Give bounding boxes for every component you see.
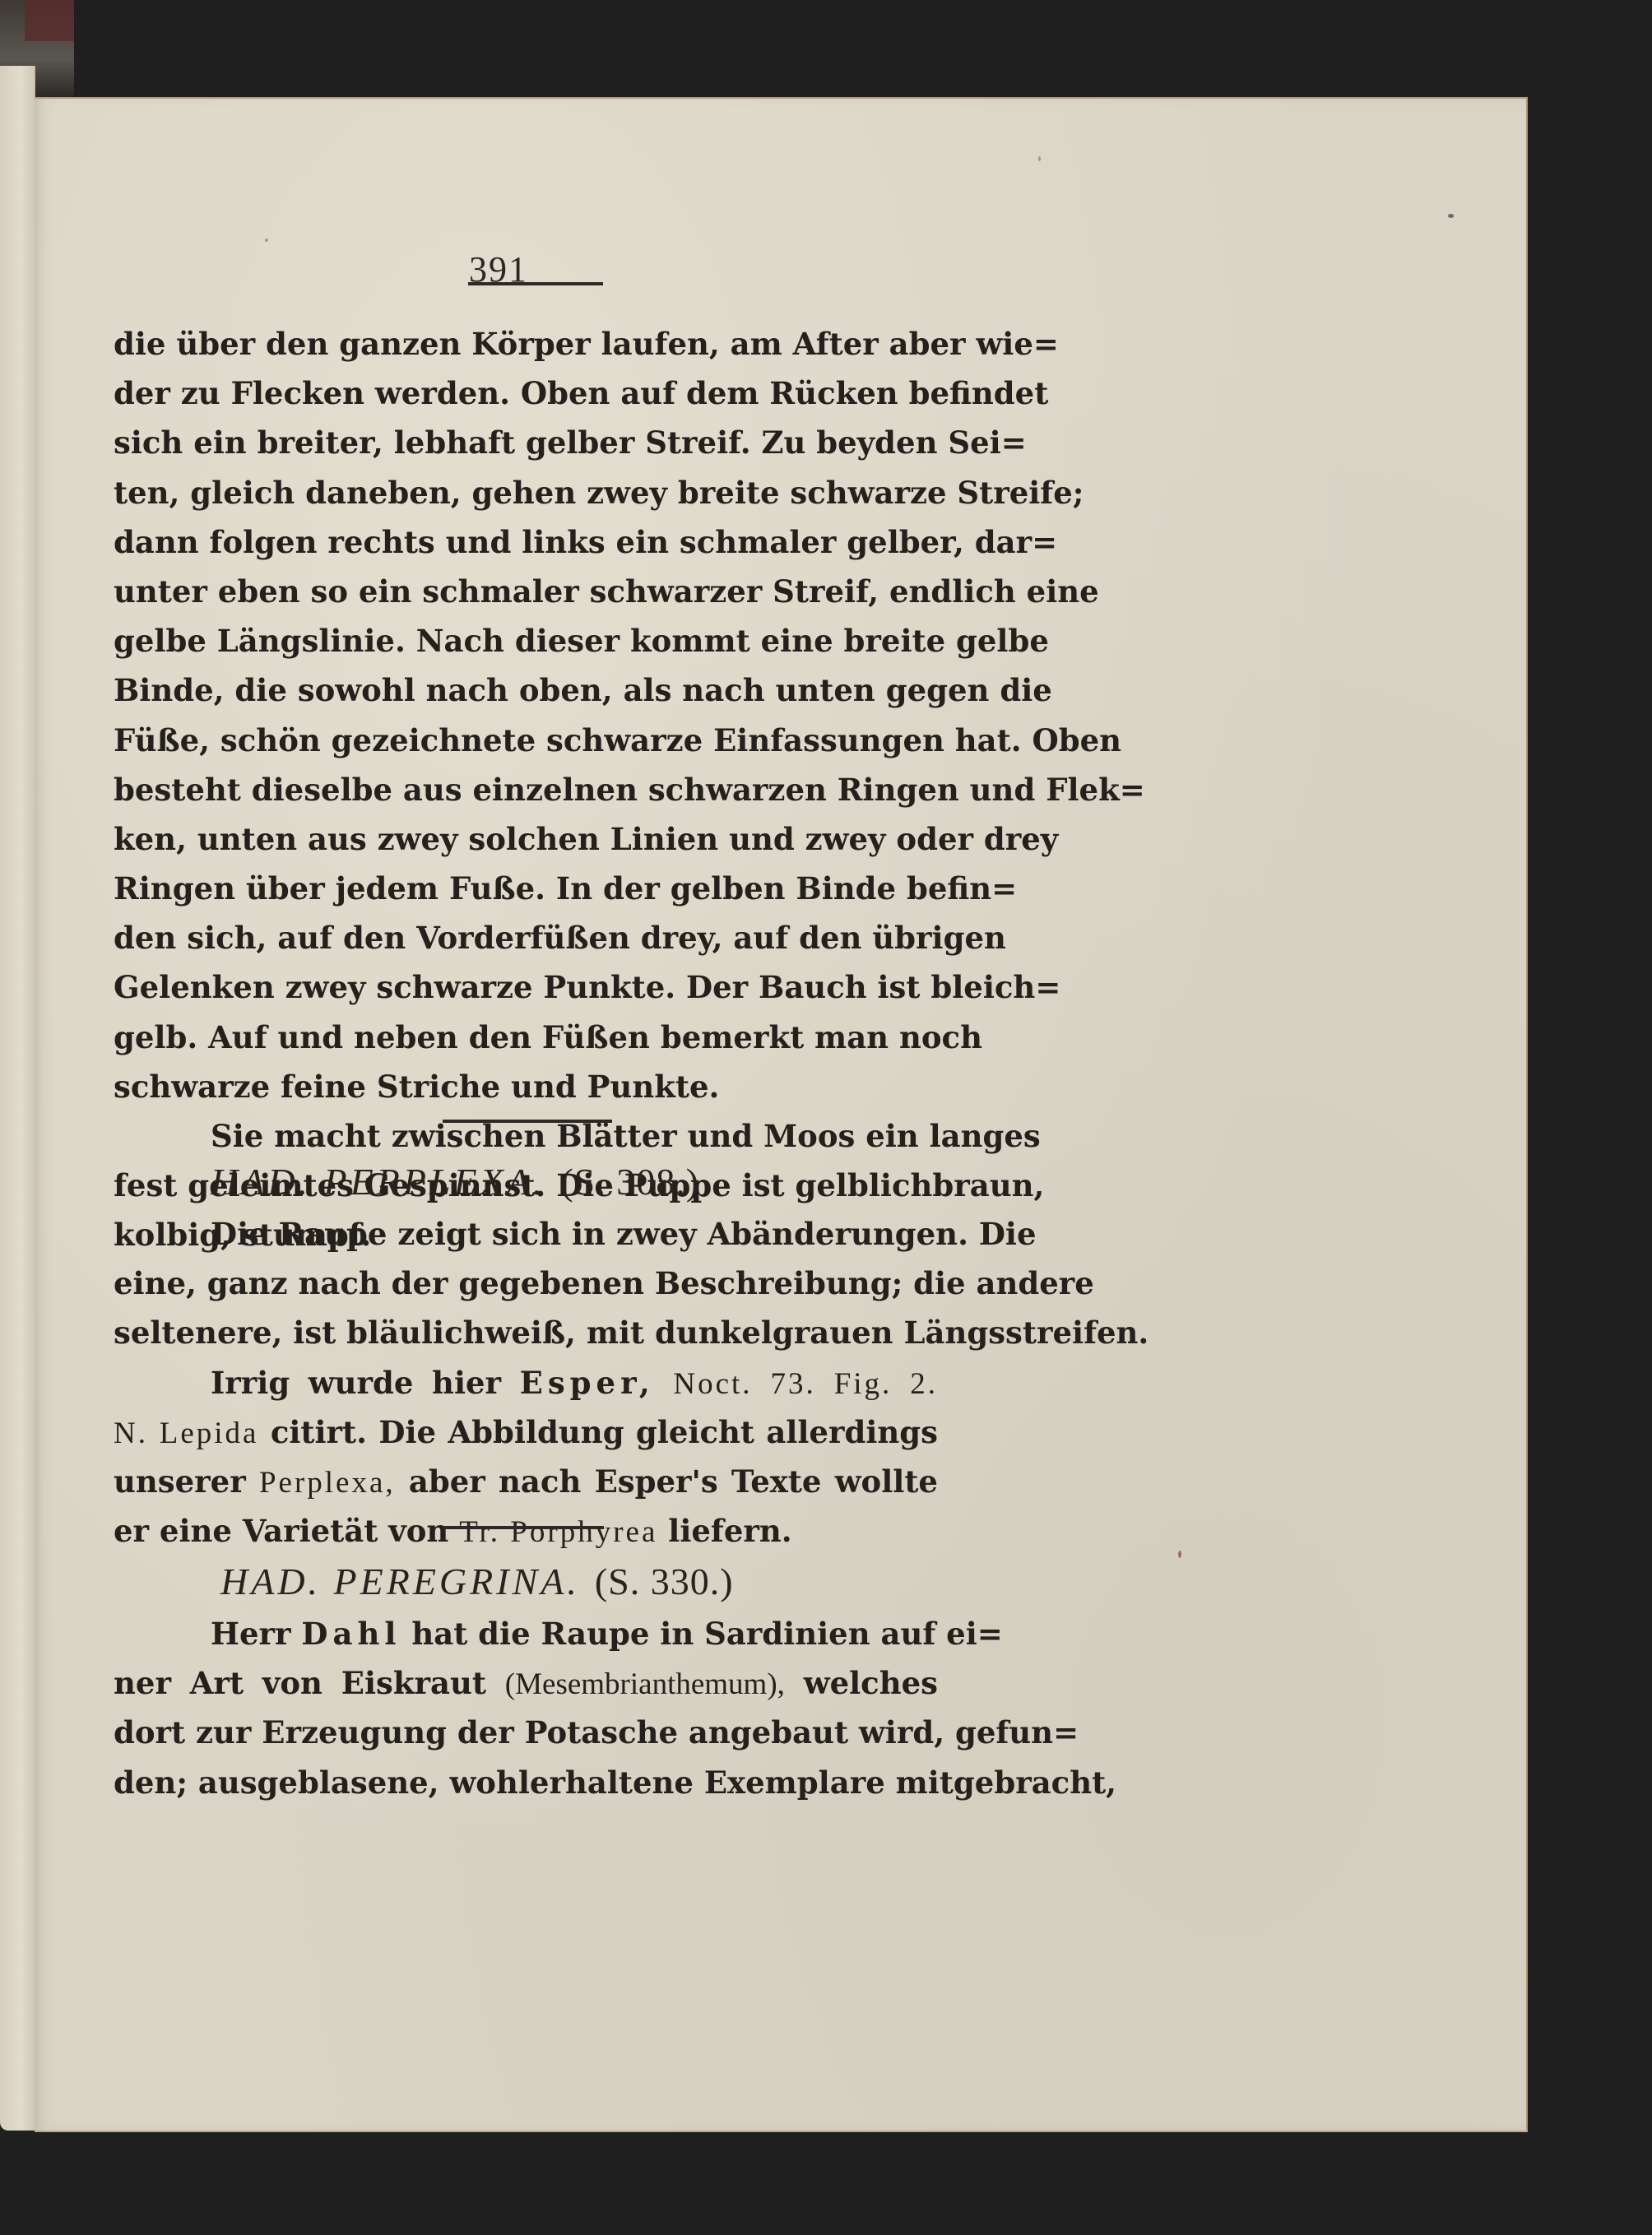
page-number-rule (468, 282, 603, 285)
text-line: Ringen über jedem Fuße. In der gelben Bi… (114, 864, 938, 913)
text-line: N. Lepida citirt. Die Abbildung gleicht … (114, 1407, 938, 1457)
text-line: gelb. Auf und neben den Füßen bemerkt ma… (114, 1013, 938, 1062)
plant-name: (Mesembrianthemum), (505, 1667, 785, 1701)
text-line: schwarze feine Striche und Punkte. (114, 1062, 938, 1111)
text-run: ner Art von Eiskraut (114, 1665, 486, 1701)
text-line: den sich, auf den Vorderfüßen drey, auf … (114, 913, 938, 962)
text-line: dort zur Erzeugung der Potasche angebaut… (114, 1708, 938, 1757)
citation: Noct. 73. Fig. 2. (673, 1367, 938, 1401)
text-line: ten, gleich daneben, gehen zwey breite s… (114, 468, 938, 517)
page-reference: (S. 308.) (560, 1161, 699, 1203)
section-divider (443, 1526, 604, 1529)
species-name: HAD. PEREGRINA. (220, 1560, 580, 1602)
peregrina-text: Herr Dahl hat die Raupe in Sardinien auf… (114, 1609, 938, 1807)
text-line: Irrig wurde hier Esper, Noct. 73. Fig. 2… (114, 1358, 938, 1407)
previous-page-edge (0, 66, 35, 2131)
text-line: Binde, die sowohl nach oben, als nach un… (114, 665, 938, 715)
text-run: aber nach Esper's Texte wollte (409, 1463, 938, 1500)
text-line: Füße, schön gezeichnete schwarze Einfass… (114, 716, 938, 765)
text-run: unserer (114, 1463, 246, 1500)
text-line: der zu Flecken werden. Oben auf dem Rück… (114, 369, 938, 418)
species-citation: Tr. Porphyrea (459, 1515, 657, 1549)
text-line: dann folgen rechts und links ein schmale… (114, 517, 938, 567)
text-run: welches (804, 1665, 938, 1701)
text-run: hat die Raupe in Sardinien auf ei= (411, 1616, 1002, 1652)
text-line: ner Art von Eiskraut (Mesembrianthemum),… (114, 1658, 938, 1708)
text-line: eine, ganz nach der gegebenen Beschreibu… (114, 1259, 938, 1308)
text-line: er eine Varietät von Tr. Porphyrea liefe… (114, 1506, 938, 1556)
text-run: er eine Varietät von (114, 1513, 448, 1549)
section-heading-peregrina: HAD. PEREGRINA.(S. 330.) (220, 1560, 734, 1603)
ink-speck (1448, 214, 1454, 218)
species-name: HAD. PERPLEXA. (211, 1161, 545, 1203)
book-cover-red-edge (25, 0, 74, 41)
paper-speck (1038, 156, 1041, 161)
text-run: Herr (211, 1616, 291, 1652)
text-line: gelbe Längslinie. Nach dieser kommt eine… (114, 616, 938, 665)
text-line: seltenere, ist bläulichweiß, mit dunkelg… (114, 1308, 938, 1357)
text-line: unter eben so ein schmaler schwarzer Str… (114, 567, 938, 616)
text-line: ken, unten aus zwey solchen Linien und z… (114, 814, 938, 864)
text-line: den; ausgeblasene, wohlerhaltene Exempla… (114, 1758, 938, 1807)
text-line: Herr Dahl hat die Raupe in Sardinien auf… (114, 1609, 938, 1658)
species-citation: N. Lepida (114, 1417, 258, 1450)
paper-speck (1178, 1551, 1181, 1558)
text-line: besteht dieselbe aus einzelnen schwarzen… (114, 765, 938, 814)
species-citation: Perplexa, (259, 1466, 396, 1500)
text-line: die über den ganzen Körper laufen, am Af… (114, 319, 938, 369)
text-line: sich ein breiter, lebhaft gelber Streif.… (114, 418, 938, 467)
person-name: Dahl (301, 1616, 401, 1652)
text-run: citirt. Die Abbildung gleicht allerdings (271, 1414, 938, 1450)
paper-speck (265, 239, 268, 242)
text-run: Irrig wurde hier (211, 1365, 501, 1401)
perplexa-text: Die Raupe zeigt sich in zwey Abänderunge… (114, 1209, 938, 1556)
page-reference: (S. 330.) (595, 1560, 734, 1602)
text-line: Gelenken zwey schwarze Punkte. Der Bauch… (114, 962, 938, 1012)
text-line: Die Raupe zeigt sich in zwey Abänderunge… (114, 1209, 938, 1259)
text-run: liefern. (668, 1513, 791, 1549)
section-divider (443, 1120, 612, 1123)
text-line: unserer Perplexa, aber nach Esper's Text… (114, 1457, 938, 1506)
section-heading-perplexa: HAD. PERPLEXA.(S. 308.) (211, 1160, 699, 1203)
author-name: Esper, (520, 1365, 655, 1401)
